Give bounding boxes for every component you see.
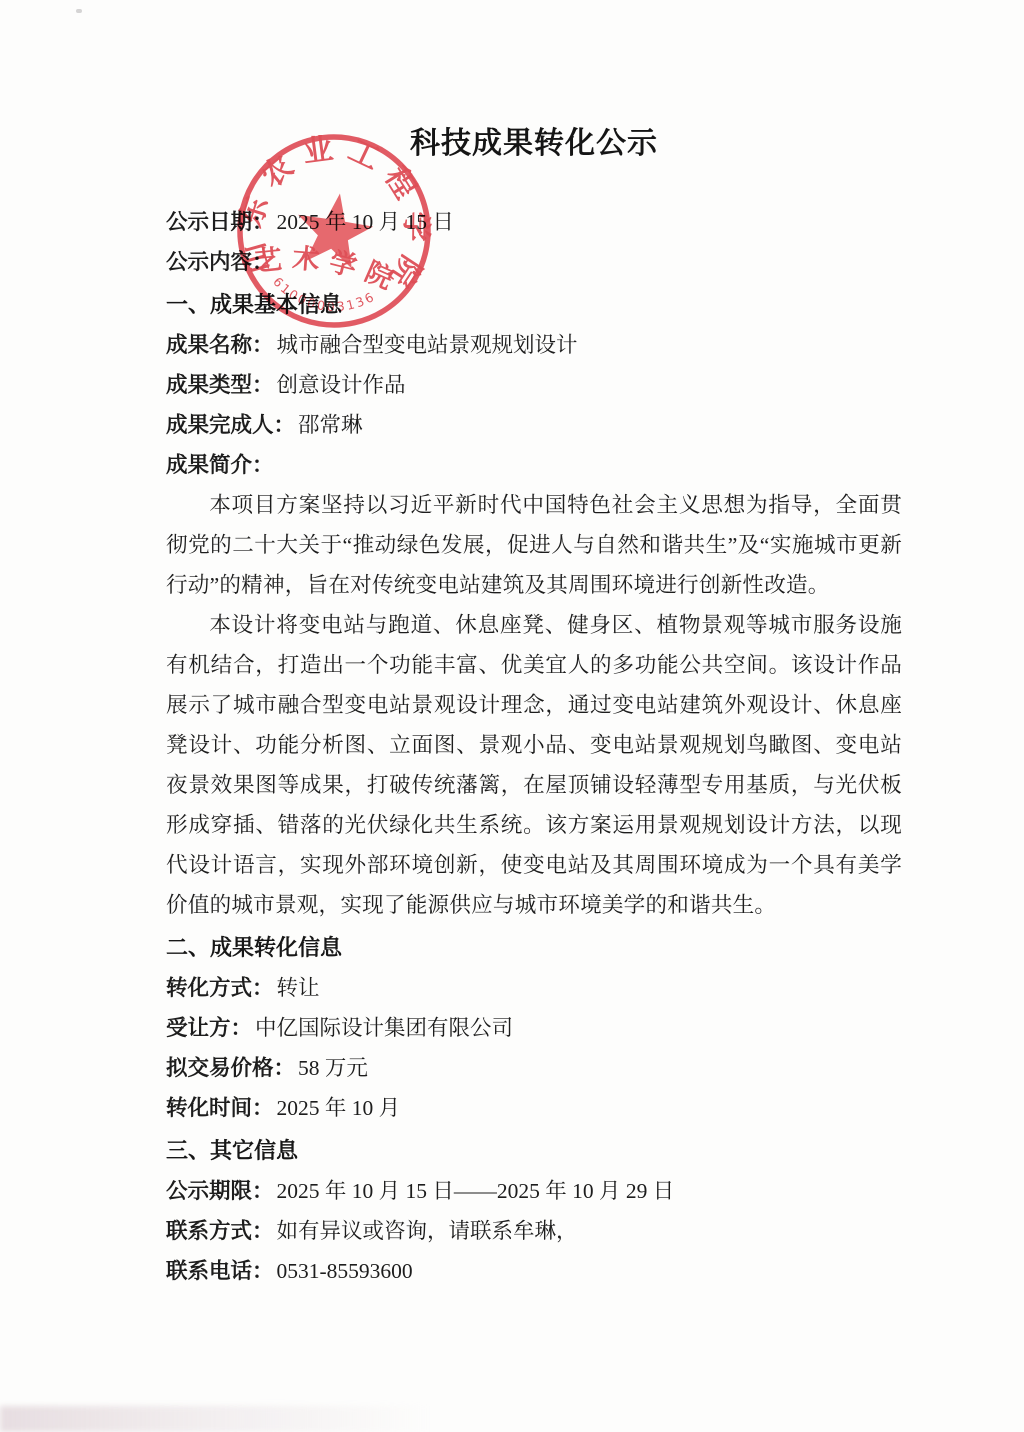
transfer-time-row: 转化时间：2025 年 10 月 — [166, 1088, 902, 1128]
publish-date-label: 公示日期： — [166, 210, 274, 234]
scan-artifact-speck — [76, 9, 82, 13]
price-value: 58 万元 — [298, 1056, 368, 1080]
publicity-period-value: 2025 年 10 月 15 日——2025 年 10 月 29 日 — [277, 1179, 675, 1203]
result-type-label: 成果类型： — [166, 373, 274, 397]
result-intro-label: 成果简介： — [166, 453, 274, 477]
result-intro-row: 成果简介： — [166, 445, 902, 485]
transfer-method-row: 转化方式：转让 — [166, 968, 902, 1008]
contact-label: 联系方式： — [166, 1219, 274, 1243]
publish-content-row: 公示内容： — [166, 242, 902, 282]
phone-row: 联系电话：0531-85593600 — [166, 1251, 902, 1291]
contact-row: 联系方式：如有异议或咨询，请联系牟琳， — [166, 1211, 902, 1251]
transfer-time-value: 2025 年 10 月 — [277, 1096, 401, 1120]
result-author-row: 成果完成人：邵常琳 — [166, 405, 902, 445]
transferee-row: 受让方：中亿国际设计集团有限公司 — [166, 1008, 902, 1048]
section1-heading: 一、成果基本信息 — [166, 285, 902, 325]
result-type-value: 创意设计作品 — [277, 373, 406, 397]
publish-date-row: 公示日期：2025 年 10 月 15 日 — [166, 202, 902, 242]
price-label: 拟交易价格： — [166, 1056, 295, 1080]
price-row: 拟交易价格：58 万元 — [166, 1048, 902, 1088]
publicity-period-row: 公示期限：2025 年 10 月 15 日——2025 年 10 月 29 日 — [166, 1171, 902, 1211]
transfer-method-label: 转化方式： — [166, 976, 274, 1000]
transfer-method-value: 转让 — [277, 976, 320, 1000]
contact-value: 如有异议或咨询，请联系牟琳， — [277, 1219, 578, 1243]
publish-date-value: 2025 年 10 月 15 日 — [277, 210, 454, 234]
document-page: 科技成果转化公示 公示日期：2025 年 10 月 15 日 公示内容： 一、成… — [0, 0, 1024, 1432]
result-type-row: 成果类型：创意设计作品 — [166, 365, 902, 405]
result-author-value: 邵常琳 — [298, 413, 363, 437]
result-name-value: 城市融合型变电站景观规划设计 — [277, 333, 578, 357]
intro-paragraph-1: 本项目方案坚持以习近平新时代中国特色社会主义思想为指导，全面贯彻党的二十大关于“… — [166, 485, 902, 605]
section2-heading: 二、成果转化信息 — [166, 928, 902, 968]
transferee-value: 中亿国际设计集团有限公司 — [255, 1016, 513, 1040]
document-body: 公示日期：2025 年 10 月 15 日 公示内容： 一、成果基本信息 成果名… — [0, 166, 1024, 1291]
phone-label: 联系电话： — [166, 1259, 274, 1283]
intro-paragraph-2: 本设计将变电站与跑道、休息座凳、健身区、植物景观等城市服务设施有机结合，打造出一… — [166, 605, 902, 925]
scan-artifact-smudge — [0, 1406, 430, 1432]
document-title: 科技成果转化公示 — [166, 122, 902, 166]
result-name-row: 成果名称：城市融合型变电站景观规划设计 — [166, 325, 902, 365]
result-author-label: 成果完成人： — [166, 413, 295, 437]
publish-content-label: 公示内容： — [166, 250, 274, 274]
phone-value: 0531-85593600 — [277, 1259, 413, 1283]
transfer-time-label: 转化时间： — [166, 1096, 274, 1120]
transferee-label: 受让方： — [166, 1016, 252, 1040]
section3-heading: 三、其它信息 — [166, 1131, 902, 1171]
publicity-period-label: 公示期限： — [166, 1179, 274, 1203]
result-name-label: 成果名称： — [166, 333, 274, 357]
